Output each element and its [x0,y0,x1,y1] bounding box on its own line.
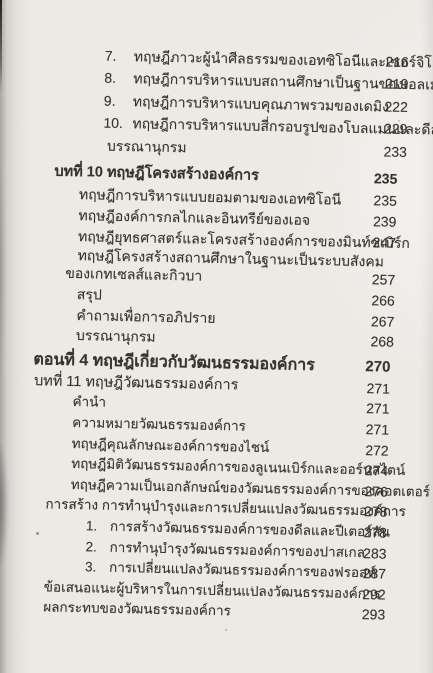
toc-entry-page: 271 [355,419,389,440]
toc-entry-label: บทที่ 10 ทฤษฎีโครงสร้างองค์การ [54,164,259,184]
toc: 7.ทฤษฎีภาวะผู้นำศีลธรรมของเอทซิโอนีและเซ… [0,0,433,626]
toc-entry-label: ทฤษฎีการบริหารแบบคุณภาพรวมของเดมิง [133,93,389,114]
scan-edge-line [0,0,2,92]
toc-entry-number: 9. [104,89,133,112]
toc-entry-label: ของเกทเซลส์และกิวบา [65,265,202,284]
toc-entry-number: 7. [105,45,134,68]
toc-entry-page: 268 [360,331,394,353]
toc-entry-page: 271 [355,398,389,419]
toc-entry-label: บทที่ 11 ทฤษฎีวัฒนธรรมองค์การ [34,373,239,393]
toc-entry-page: 257 [361,270,395,290]
toc-section-chapter9-end: 7.ทฤษฎีภาวะผู้นำศีลธรรมของเอทซิโอนีและเซ… [4,43,433,164]
toc-entry-page: 235 [363,190,397,212]
toc-entry-page: 267 [360,311,394,333]
toc-entry-label: การทำนุบำรุงวัฒนธรรมองค์การของปาสเกล [109,539,365,559]
toc-entry-page: 287 [352,563,386,584]
toc-section-part4: ตอนที่ 4 ทฤษฎีเกี่ยวกับวัฒนธรรมองค์การ27… [0,349,433,627]
toc-entry-page: 235 [363,167,397,191]
toc-entry-page: 216 [375,50,409,73]
toc-entry-page: 274 [354,460,388,481]
toc-entry-label: ทฤษฎีการบริหารแบบยอมตามของเอทซิโอนี [79,186,342,207]
toc-entry-page: 271 [356,378,390,399]
toc-section-chapter10: บทที่ 10 ทฤษฎีโครงสร้างองค์การ235ทฤษฎีกา… [0,159,433,353]
toc-entry-page: 239 [362,211,396,233]
toc-entry-label: ทฤษฎีองค์การกลไกและอินทรีย์ของเอจ [78,207,310,228]
toc-entry-label: การสร้างวัฒนธรรมองค์การของดีลและปีเตอร์ส… [110,519,390,540]
toc-entry-page: 266 [361,290,395,312]
page-content: 7.ทฤษฎีภาวะผู้นำศีลธรรมของเอทซิโอนีและเซ… [0,0,433,673]
toc-entry-label: คำถามเพื่อการอภิปราย [76,307,215,326]
toc-entry-page: 283 [352,542,386,563]
toc-entry-number: 2. [85,537,109,558]
toc-entry-number: 3. [85,557,109,578]
toc-entry-page: 219 [374,73,408,96]
toc-entry-label: บรรณานุกรม [76,327,156,345]
toc-entry-page: 293 [351,604,385,625]
toc-entry-page: 278 [353,501,387,522]
toc-entry-label: คำนำ [72,394,106,410]
toc-entry-number: 8. [104,67,133,90]
toc-entry-label: ทฤษฎีคุณลักษณะองค์การของไชน์ [72,436,270,455]
toc-entry-page: 276 [354,481,388,502]
toc-entry-page: 222 [374,95,408,118]
toc-entry-label: ความหมายวัฒนธรรมองค์การ [72,415,246,434]
toc-entry-label: สรุป [77,286,102,303]
toc-entry-page: 292 [351,584,385,605]
toc-entry-number: 10. [103,112,132,135]
toc-entry-page: 247 [362,232,396,254]
toc-entry-page: 272 [354,439,388,460]
scanned-page: 7.ทฤษฎีภาวะผู้นำศีลธรรมของเอทซิโอนีและเซ… [0,0,433,673]
toc-entry-page: 233 [373,140,407,163]
toc-entry-number: 1. [86,516,110,537]
toc-entry-page: 270 [356,356,390,378]
toc-entry-label: ผลกระทบของวัฒนธรรมองค์การ [43,600,231,619]
toc-entry-page: 229 [373,117,407,140]
toc-entry-label: การเปลี่ยนแปลงวัฒนธรรมองค์การของฟรอสท์ [109,560,376,581]
toc-entry-label: บรรณานุกรม [107,137,187,155]
toc-entry-page: 278 [353,522,387,543]
